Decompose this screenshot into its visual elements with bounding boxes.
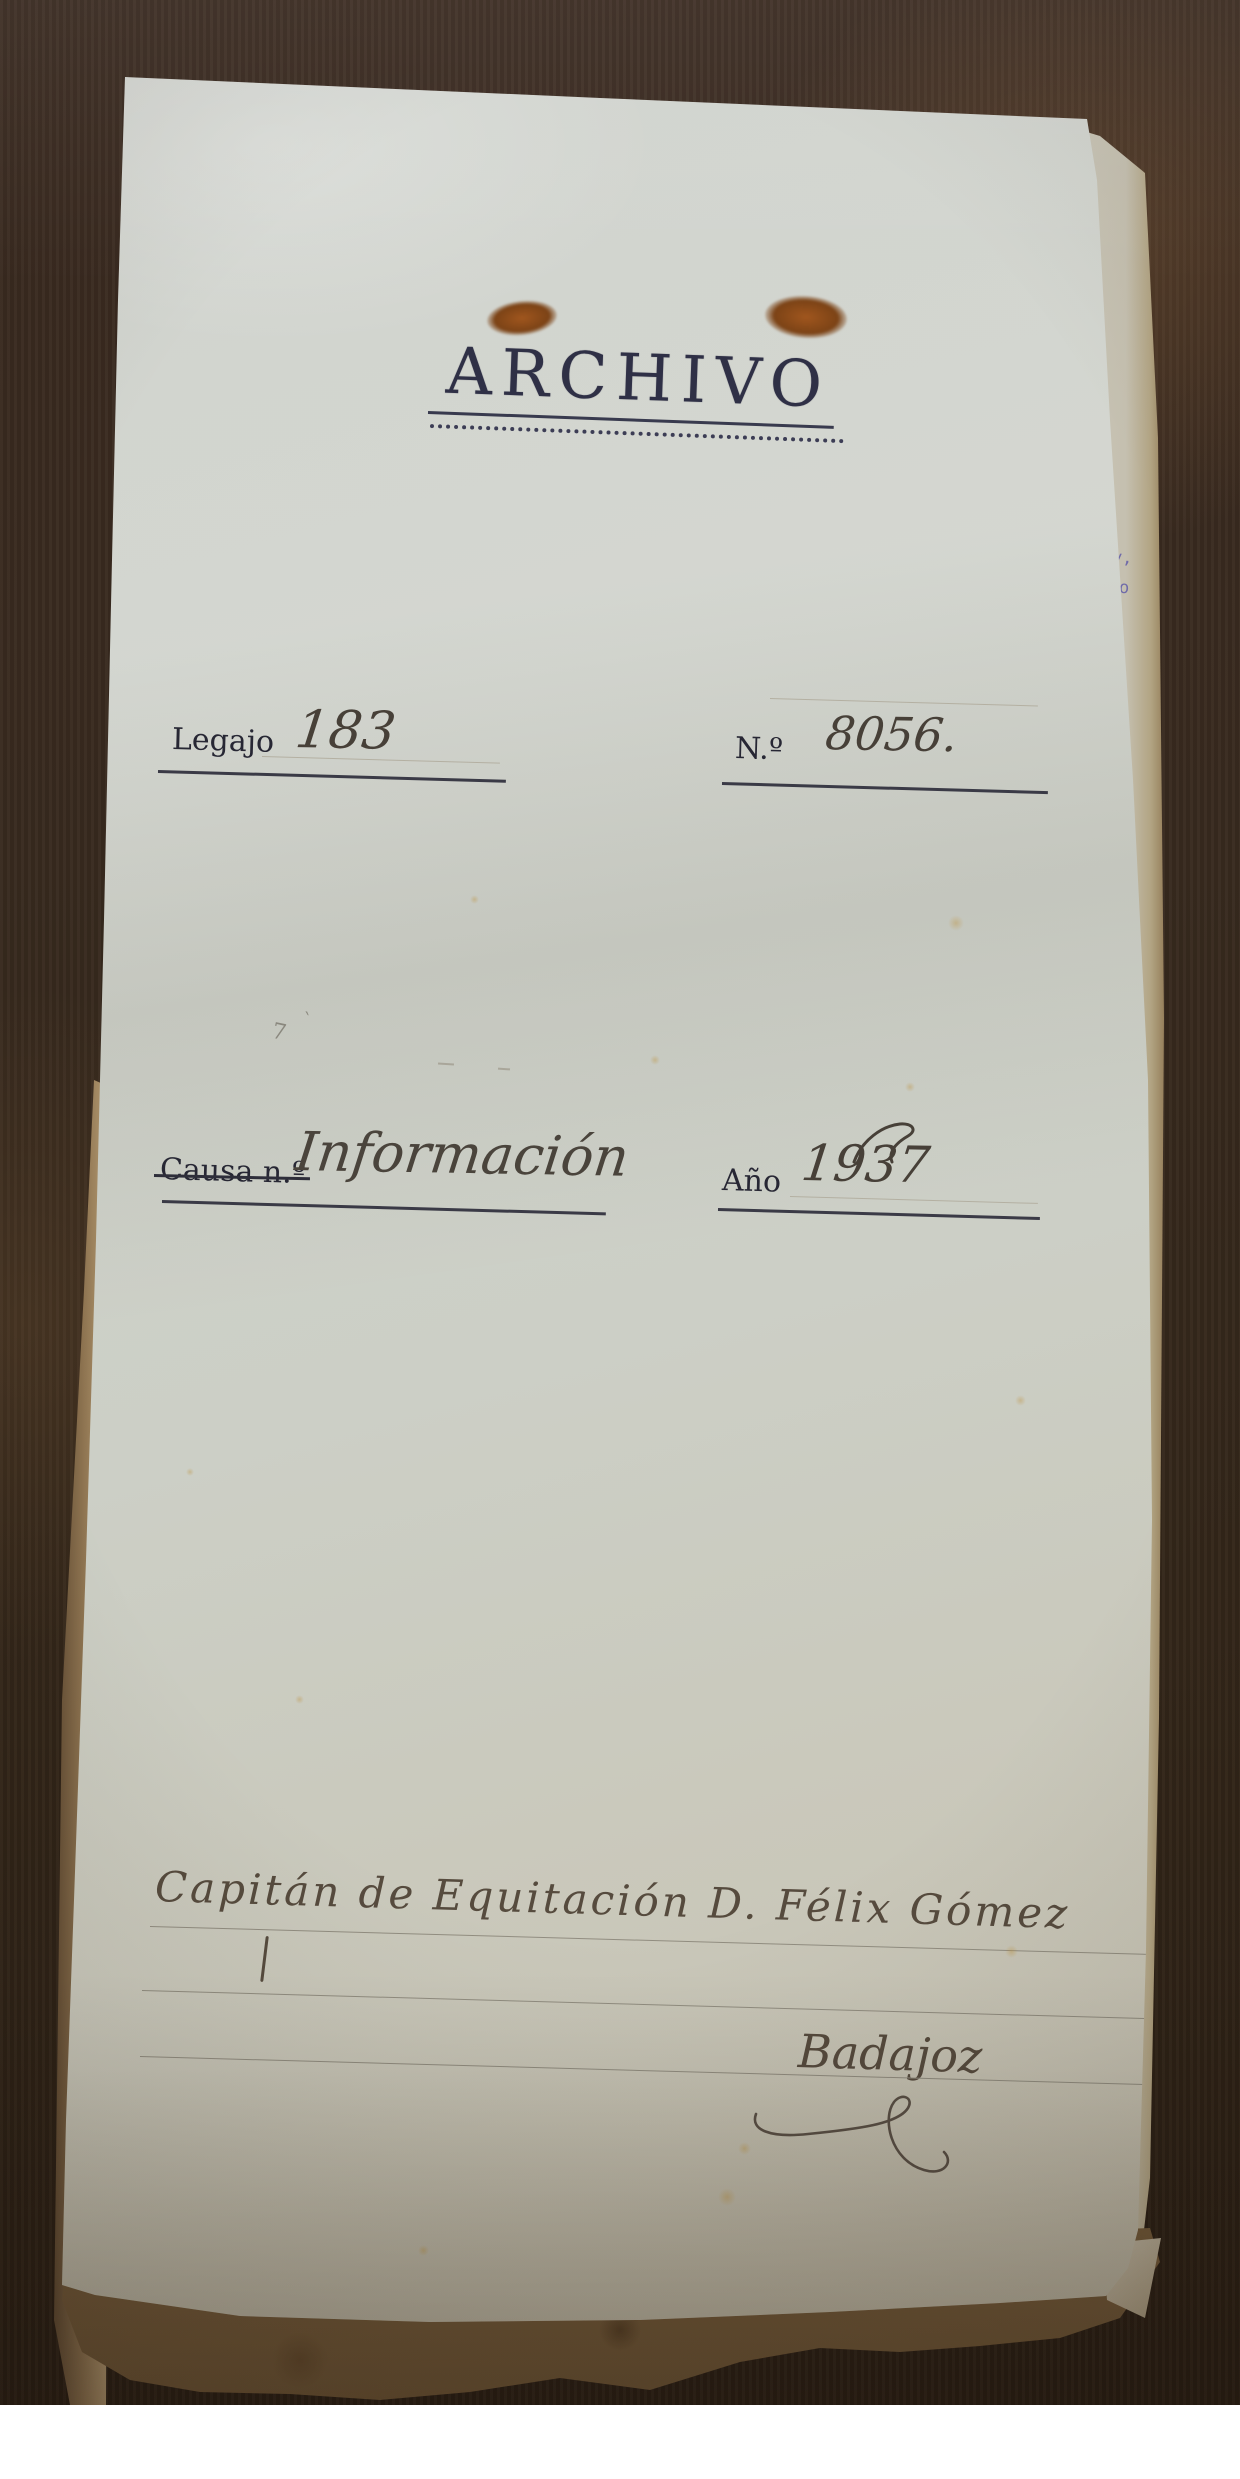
writing-rule	[140, 2056, 1212, 2087]
numero-label: N.º	[735, 731, 784, 767]
field-line-faint	[770, 698, 1038, 706]
foxing-spot	[650, 1055, 660, 1065]
handwriting-descender	[260, 1936, 269, 1982]
foxing-spot	[186, 1468, 194, 1476]
handwriting-flourish	[848, 1118, 928, 1168]
writing-rule	[142, 1990, 1208, 2021]
photo-of-archive-folder: y, o . , i E ARCHIVO Legajo 183 N.º 8	[0, 0, 1240, 2479]
foxing-spot	[718, 2188, 736, 2206]
numero-underline	[722, 782, 1048, 794]
pencil-dash	[438, 1062, 454, 1065]
foxing-spot	[470, 895, 479, 904]
archive-folder-cover: ARCHIVO Legajo 183 N.º 8056. 7 ` Causa n…	[0, 0, 1240, 2405]
legajo-underline	[158, 770, 506, 783]
foxing-spot	[738, 2142, 751, 2155]
signature-flourish	[748, 2086, 988, 2186]
subject-note-handwritten: Capitán de Equitación D. Félix Gómez	[154, 1862, 1071, 1938]
causa-label: Causa n.º	[160, 1152, 307, 1191]
pencil-mark: 7	[270, 1019, 289, 1046]
causa-value-handwritten: Información	[292, 1120, 632, 1189]
rust-stain	[764, 293, 849, 341]
foxing-spot	[418, 2245, 429, 2256]
pencil-mark: `	[300, 1009, 313, 1031]
foxing-spot	[905, 1082, 915, 1092]
anio-underline	[718, 1208, 1040, 1220]
foxing-spot	[295, 1695, 304, 1704]
pencil-dash	[498, 1068, 510, 1071]
wooden-table-background: y, o . , i E ARCHIVO Legajo 183 N.º 8	[0, 0, 1240, 2405]
numero-value-handwritten: 8056.	[823, 706, 961, 762]
foxing-spot	[1015, 1395, 1026, 1406]
legajo-label: Legajo	[172, 722, 275, 760]
causa-underline	[162, 1200, 606, 1215]
legajo-value-handwritten: 183	[292, 700, 399, 762]
anio-label: Año	[722, 1163, 782, 1200]
archive-title: ARCHIVO	[427, 334, 849, 423]
field-line-faint	[790, 1196, 1038, 1204]
foxing-spot	[948, 915, 964, 931]
rust-stain	[485, 297, 558, 338]
foxing-spot	[1005, 1945, 1018, 1958]
